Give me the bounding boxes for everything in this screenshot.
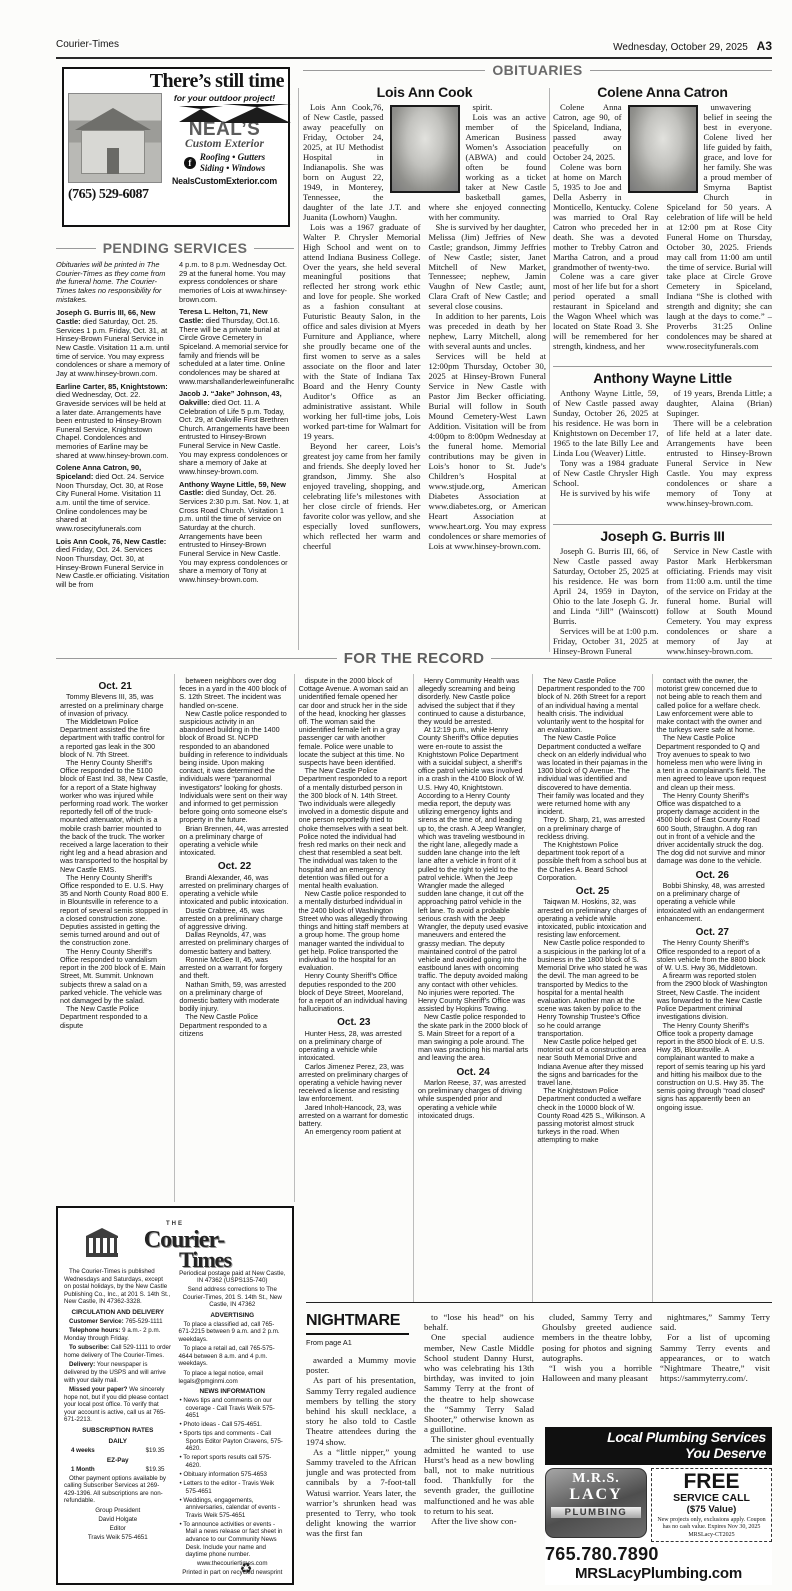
text-item: to “lose his head” on his behalf. — [424, 1312, 534, 1332]
column-rule — [298, 88, 299, 650]
obituary-text-col: Joseph G. Burris III, 66, of New Castle … — [553, 547, 659, 657]
obituary-photo — [628, 105, 698, 193]
text-item: Carlos Jimenez Perez, 23, was arrested o… — [299, 1063, 409, 1104]
text-item: A firearm was reported stolen from the 2… — [657, 972, 768, 1021]
text-item: Oct. 21 — [60, 681, 170, 692]
text-item: Oct. 27 — [657, 927, 768, 938]
page-number: A3 — [757, 39, 772, 53]
text-item: Taiqwan M. Hoskins, 32, was arrested on … — [537, 898, 647, 939]
text-item: between neighbors over dog feces in a ya… — [179, 677, 289, 710]
text-item: ADVERTISING — [179, 1312, 287, 1320]
pending-services-section: PENDING SERVICES Obituaries will be prin… — [56, 240, 294, 649]
nightmare-story-col-4: nightmares,” Sammy Terry said.For a list… — [660, 1312, 770, 1420]
record-col-6: contact with the owner, the motorist gre… — [653, 674, 772, 1302]
obituary-name: Joseph G. Burris III — [553, 528, 772, 544]
obituary-text-col: Service in New Castle with Pastor Mark H… — [667, 547, 773, 657]
text-item: New Castle police responded to the skate… — [418, 1013, 528, 1062]
text-item: Ronnie McGee II, 45, was arrested on a w… — [179, 956, 289, 981]
text-item: Weddings, engagements, anniversaries, ca… — [186, 1497, 287, 1520]
text-item: Customer Service: 765-529-1111 — [64, 1318, 172, 1326]
text-item: News tips and comments on our coverage -… — [186, 1397, 287, 1420]
text-item: Telephone hours: 9 a.m.- 2 p.m. Monday t… — [64, 1327, 172, 1342]
text-item: The Knightstown Police Department conduc… — [537, 1087, 647, 1144]
text-item: David Holgate — [64, 1516, 172, 1524]
text-item: After the live show con- — [424, 1516, 534, 1526]
text-item: awarded a Mummy movie poster. — [306, 1355, 416, 1375]
text-item: The New Castle Police Department respond… — [179, 1013, 289, 1038]
text-item: Send address corrections to The Courier-… — [179, 1286, 287, 1309]
text-item: Anthony Wayne Little, 59, New Castle: di… — [179, 481, 293, 585]
obituary-anthony-wayne-little: Anthony Wayne Little Anthony Wayne Littl… — [553, 366, 772, 522]
text-item: Travis Weik 575-4651 — [64, 1534, 172, 1542]
text-item: Dustie Crabtree, 45, was arrested on a p… — [179, 907, 289, 932]
coupon-sub: SERVICE CALL — [655, 1492, 768, 1504]
text-item: New Castle police responded to a mentall… — [299, 890, 409, 972]
text-item: Colene was a care giver most of her life… — [553, 272, 659, 352]
text-item: As part of his presentation, Sammy Terry… — [306, 1375, 416, 1446]
text-item: In addition to her parents, Lois was pre… — [429, 312, 547, 352]
text-item: The Middletown Police Department assiste… — [60, 718, 170, 759]
column-rule — [549, 88, 550, 652]
text-item: Delivery: Your newspaper is delivered by… — [64, 1361, 172, 1384]
text-item: To place a classified ad, call 765-671-2… — [179, 1321, 287, 1344]
text-item: At 12:19 p.m., while Henry County Sherif… — [418, 726, 528, 1013]
text-item: 4 weeks$19.35 — [64, 1447, 172, 1455]
obituary-joseph-g-burris-iii: Joseph G. Burris III Joseph G. Burris II… — [553, 524, 772, 660]
text-item: Joseph G. Burris III, 66, New Castle: di… — [56, 309, 170, 378]
text-item: To place a retail ad, call 765-575-4644 … — [179, 1345, 287, 1368]
pending-col-2: 4 p.m. to 8 p.m. Wednesday Oct. 29 at th… — [179, 261, 293, 649]
obituary-text-col: Anthony Wayne Little, 59, of New Castle … — [553, 389, 659, 499]
free-service-coupon: FREE SERVICE CALL ($75 Value) New projec… — [651, 1468, 772, 1541]
rooftop-logo-icon — [165, 104, 284, 120]
text-item: To announce activities or events - Mail … — [186, 1521, 287, 1559]
text-item: Jacob J. “Jake” Johnson, 43, Oakville: d… — [179, 390, 293, 477]
text-item: Brian Brennen, 44, was arrested on a pre… — [179, 825, 289, 858]
text-item: New Castle police responded to a suspici… — [537, 939, 647, 1037]
text-item: The New Castle Police Department respond… — [657, 734, 768, 791]
pending-services-title: PENDING SERVICES — [56, 240, 294, 256]
text-item: Teresa L. Helton, 71, New Castle: died T… — [179, 308, 293, 386]
text-item: The Henry County Sheriff’s Office was di… — [657, 792, 768, 866]
text-item: Marlon Reese, 37, was arrested on prelim… — [418, 1079, 528, 1120]
text-item: He is survived by his wife — [553, 489, 659, 499]
courthouse-icon — [86, 1228, 118, 1258]
obituary-name: Colene Anna Catron — [553, 84, 772, 100]
record-col-4: Henry Community Health was allegedly scr… — [414, 674, 533, 1302]
obituary-text-col: of 19 years, Brenda Little; a daughter, … — [667, 389, 773, 509]
ad-tagline: for your outdoor project! — [165, 93, 284, 103]
text-item: Group President — [64, 1507, 172, 1515]
ad-services-2: Siding • Windows — [200, 163, 265, 174]
text-item: Anthony Wayne Little, 59, of New Castle … — [553, 389, 659, 459]
recycle-icon: ♻ — [206, 1560, 286, 1577]
text-item: 1 Month$19.35 — [64, 1466, 172, 1474]
record-col-5: The New Castle Police Department respond… — [533, 674, 652, 1302]
obituary-colene-anna-catron: Colene Anna Catron Colene Anna Catron, a… — [553, 84, 772, 364]
text-item: Dallas Reynolds, 47, was arrested on pre… — [179, 931, 289, 956]
text-item: Obituary information 575-4653 — [186, 1471, 287, 1479]
text-item: She is survived by her daughter, Melissa… — [429, 223, 547, 313]
text-item: DAILY — [64, 1438, 172, 1446]
text-item: contact with the owner, the motorist gre… — [657, 677, 768, 734]
text-item: The New Castle Police Department conduct… — [537, 734, 647, 816]
text-item: Missed your paper? We sincerely hope not… — [64, 1386, 172, 1424]
text-item: “I wish you a horrible Halloween and man… — [542, 1363, 652, 1383]
masthead-col-1: The Courier-Times is published Wednesday… — [64, 1268, 172, 1578]
nightmare-from-line: From page A1 — [306, 1335, 416, 1355]
ad-brand-sub: Custom Exterior — [165, 138, 284, 150]
text-item: Lois was a 1967 graduate of Walter P. Ch… — [303, 223, 421, 442]
plumbing-website: MRSLacyPlumbing.com — [545, 1565, 772, 1582]
text-item: The Henry County Sheriff’s Office respon… — [60, 759, 170, 874]
text-item: The Henry County Sheriff’s Office respon… — [657, 939, 768, 972]
house-photo — [68, 93, 162, 183]
record-col-2: between neighbors over dog feces in a ya… — [175, 674, 294, 1202]
text-item: Editor — [64, 1525, 172, 1533]
plumbing-phone: 765.780.7890 — [545, 1544, 772, 1565]
obituary-photo — [390, 105, 460, 193]
text-item: There will be a celebration of life held… — [667, 419, 773, 509]
text-item: To subscribe: Call 529-1111 to order hom… — [64, 1344, 172, 1359]
text-item: EZ-Pay — [64, 1457, 172, 1465]
text-item: As a “little nipper,” young Sammy travel… — [306, 1447, 416, 1539]
text-item: The Knightstown Police department took r… — [537, 841, 647, 882]
coupon-fine-print: New projects only, exclusions apply. Cou… — [655, 1517, 768, 1538]
text-item: Oct. 25 — [537, 886, 647, 897]
text-item: Oct. 26 — [657, 870, 768, 881]
obituary-lois-ann-cook: Lois Ann Cook Lois Ann Cook,76, of New C… — [303, 84, 546, 652]
nightmare-story-col-3: cluded, Sammy Terry and Ghoulsby greeted… — [542, 1312, 652, 1420]
text-item: NEWS INFORMATION — [179, 1388, 287, 1396]
newspaper-page: Courier-Times Wednesday, October 29, 202… — [0, 0, 792, 1591]
text-item: To place a legal notice, email legals@pm… — [179, 1370, 287, 1385]
text-item: The New Castle Police Department respond… — [60, 1005, 170, 1030]
text-item: Oct. 23 — [299, 1017, 409, 1028]
text-item: of 19 years, Brenda Little; a daughter, … — [667, 389, 773, 419]
text-item: Lois Ann Cook, 76, New Castle: died Frid… — [56, 538, 170, 590]
text-item: An emergency room patient at — [299, 1128, 409, 1136]
text-item: The sinister ghoul eventually admitted h… — [424, 1434, 534, 1516]
text-item: The Henry County Sheriff’s Office respon… — [60, 874, 170, 948]
text-item: The New Castle Police Department respond… — [537, 677, 647, 734]
coupon-title: FREE — [655, 1471, 768, 1492]
text-item: Joseph G. Burris III, 66, of New Castle … — [553, 547, 659, 627]
obituary-name: Lois Ann Cook — [303, 84, 546, 100]
mrs-lacy-plate: M.R.S. LACY PLUMBING — [545, 1468, 647, 1538]
page-header: Courier-Times Wednesday, October 29, 202… — [56, 39, 772, 53]
ad-phone: (765) 529-6087 — [68, 187, 162, 203]
text-item: dispute in the 2000 block of Cottage Ave… — [299, 677, 409, 767]
text-item: Jared Inholt-Hancock, 23, was arrested o… — [299, 1104, 409, 1129]
text-item: cluded, Sammy Terry and Ghoulsby greeted… — [542, 1312, 652, 1363]
text-item: Henry Community Health was allegedly scr… — [418, 677, 528, 726]
courier-times-masthead-box: THE Courier- Times The Courier-Times is … — [56, 1206, 294, 1585]
text-item: Oct. 22 — [179, 861, 289, 872]
nightmare-story-col-1: NIGHTMARE From page A1 awarded a Mummy m… — [306, 1312, 416, 1585]
text-item: Other payment options available by calli… — [64, 1475, 172, 1505]
courier-times-logo: THE Courier- Times — [64, 1212, 286, 1264]
nightmare-story-col-2: to “lose his head” on his behalf.One spe… — [424, 1312, 534, 1585]
text-item: Colene Anna Catron, 90, Spiceland: died … — [56, 464, 170, 533]
text-item: Oct. 24 — [418, 1067, 528, 1078]
for-the-record-title: FOR THE RECORD — [56, 650, 772, 667]
text-item: Beyond her career, Lois’s greatest joy c… — [303, 442, 421, 552]
text-item: The Henry County Sheriff’s Office respon… — [60, 948, 170, 1005]
story-divider-rule — [306, 1302, 772, 1303]
text-item: Sports tips and comments - Call Sports E… — [186, 1430, 287, 1453]
coupon-value: ($75 Value) — [655, 1504, 768, 1515]
text-item: New Castle police helped get motorist ou… — [537, 1038, 647, 1087]
text-item: CIRCULATION AND DELIVERY — [64, 1309, 172, 1317]
text-item: Obituaries will be printed in The Courie… — [56, 261, 170, 304]
text-item: The Henry County Sheriff’s Office took a… — [657, 1022, 768, 1112]
record-col-1: Oct. 21Tommy Blevens III, 35, was arrest… — [56, 674, 175, 1202]
obituaries-title: OBITUARIES — [303, 62, 772, 78]
mrs-lacy-plumbing-ad: Local Plumbing Services You Deserve M.R.… — [545, 1427, 772, 1585]
issue-date: Wednesday, October 29, 2025 — [613, 42, 748, 53]
text-item: Brandi Alexander, 46, was arrested on pr… — [179, 874, 289, 907]
record-col-3: dispute in the 2000 block of Cottage Ave… — [295, 674, 414, 1302]
text-item: Letters to the editor - Travis Weik 575-… — [186, 1480, 287, 1495]
ad-headline: There’s still time — [68, 71, 284, 92]
text-item: Photo ideas - Call 575-4651. — [186, 1421, 287, 1429]
text-item: Bobbi Shinsky, 48, was arrested on a pre… — [657, 882, 768, 923]
plumbing-ad-header: Local Plumbing Services You Deserve — [545, 1427, 772, 1465]
pending-col-1: Obituaries will be printed in The Courie… — [56, 261, 170, 649]
nightmare-title: NIGHTMARE — [306, 1312, 409, 1335]
text-item: The Courier-Times is published Wednesday… — [64, 1268, 172, 1306]
text-item: Trey D. Sharp, 21, was arrested on a pre… — [537, 816, 647, 841]
text-item: New Castle police responded to suspiciou… — [179, 710, 289, 825]
text-item: Service in New Castle with Pastor Mark H… — [667, 547, 773, 657]
text-item: One special audience member, New Castle … — [424, 1332, 534, 1434]
text-item: Nathan Smith, 59, was arrested on a prel… — [179, 981, 289, 1014]
story-text: awarded a Mummy movie poster.As part of … — [306, 1355, 416, 1539]
neals-exterior-ad: There’s still time (765) 529-6087 for yo… — [62, 67, 290, 227]
text-item: The New Castle Police Department respond… — [299, 767, 409, 890]
masthead-col-2: Periodical postage paid at New Castle, I… — [179, 1268, 287, 1578]
text-item: Earline Carter, 85, Knightstown: died We… — [56, 383, 170, 461]
text-item: Hunter Hess, 28, was arrested on a preli… — [299, 1030, 409, 1063]
text-item: nightmares,” Sammy Terry said. — [660, 1312, 770, 1332]
facebook-icon: f — [184, 157, 196, 169]
text-item: Tony was a 1984 graduate of New Castle C… — [553, 459, 659, 489]
paper-name: Courier-Times — [56, 39, 119, 53]
logo-line-2: Times — [124, 1250, 286, 1271]
text-item: SUBSCRIPTION RATES — [64, 1427, 172, 1435]
ad-website: NealsCustomExterior.com — [165, 176, 284, 186]
ad-services-1: Roofing • Gutters — [200, 152, 265, 163]
text-item: Services will be held at 12:00pm Thursda… — [429, 352, 547, 551]
obituary-name: Anthony Wayne Little — [553, 370, 772, 386]
text-item: To report sports results call 575-4620. — [186, 1454, 287, 1469]
text-item: Tommy Blevens III, 35, was arrested on a… — [60, 693, 170, 718]
header-rule — [56, 57, 772, 59]
text-item: Henry County Sheriff’s Office deputies r… — [299, 972, 409, 1013]
text-item: 4 p.m. to 8 p.m. Wednesday Oct. 29 at th… — [179, 261, 293, 304]
text-item: For a list of upcoming Sammy Terry event… — [660, 1332, 770, 1383]
